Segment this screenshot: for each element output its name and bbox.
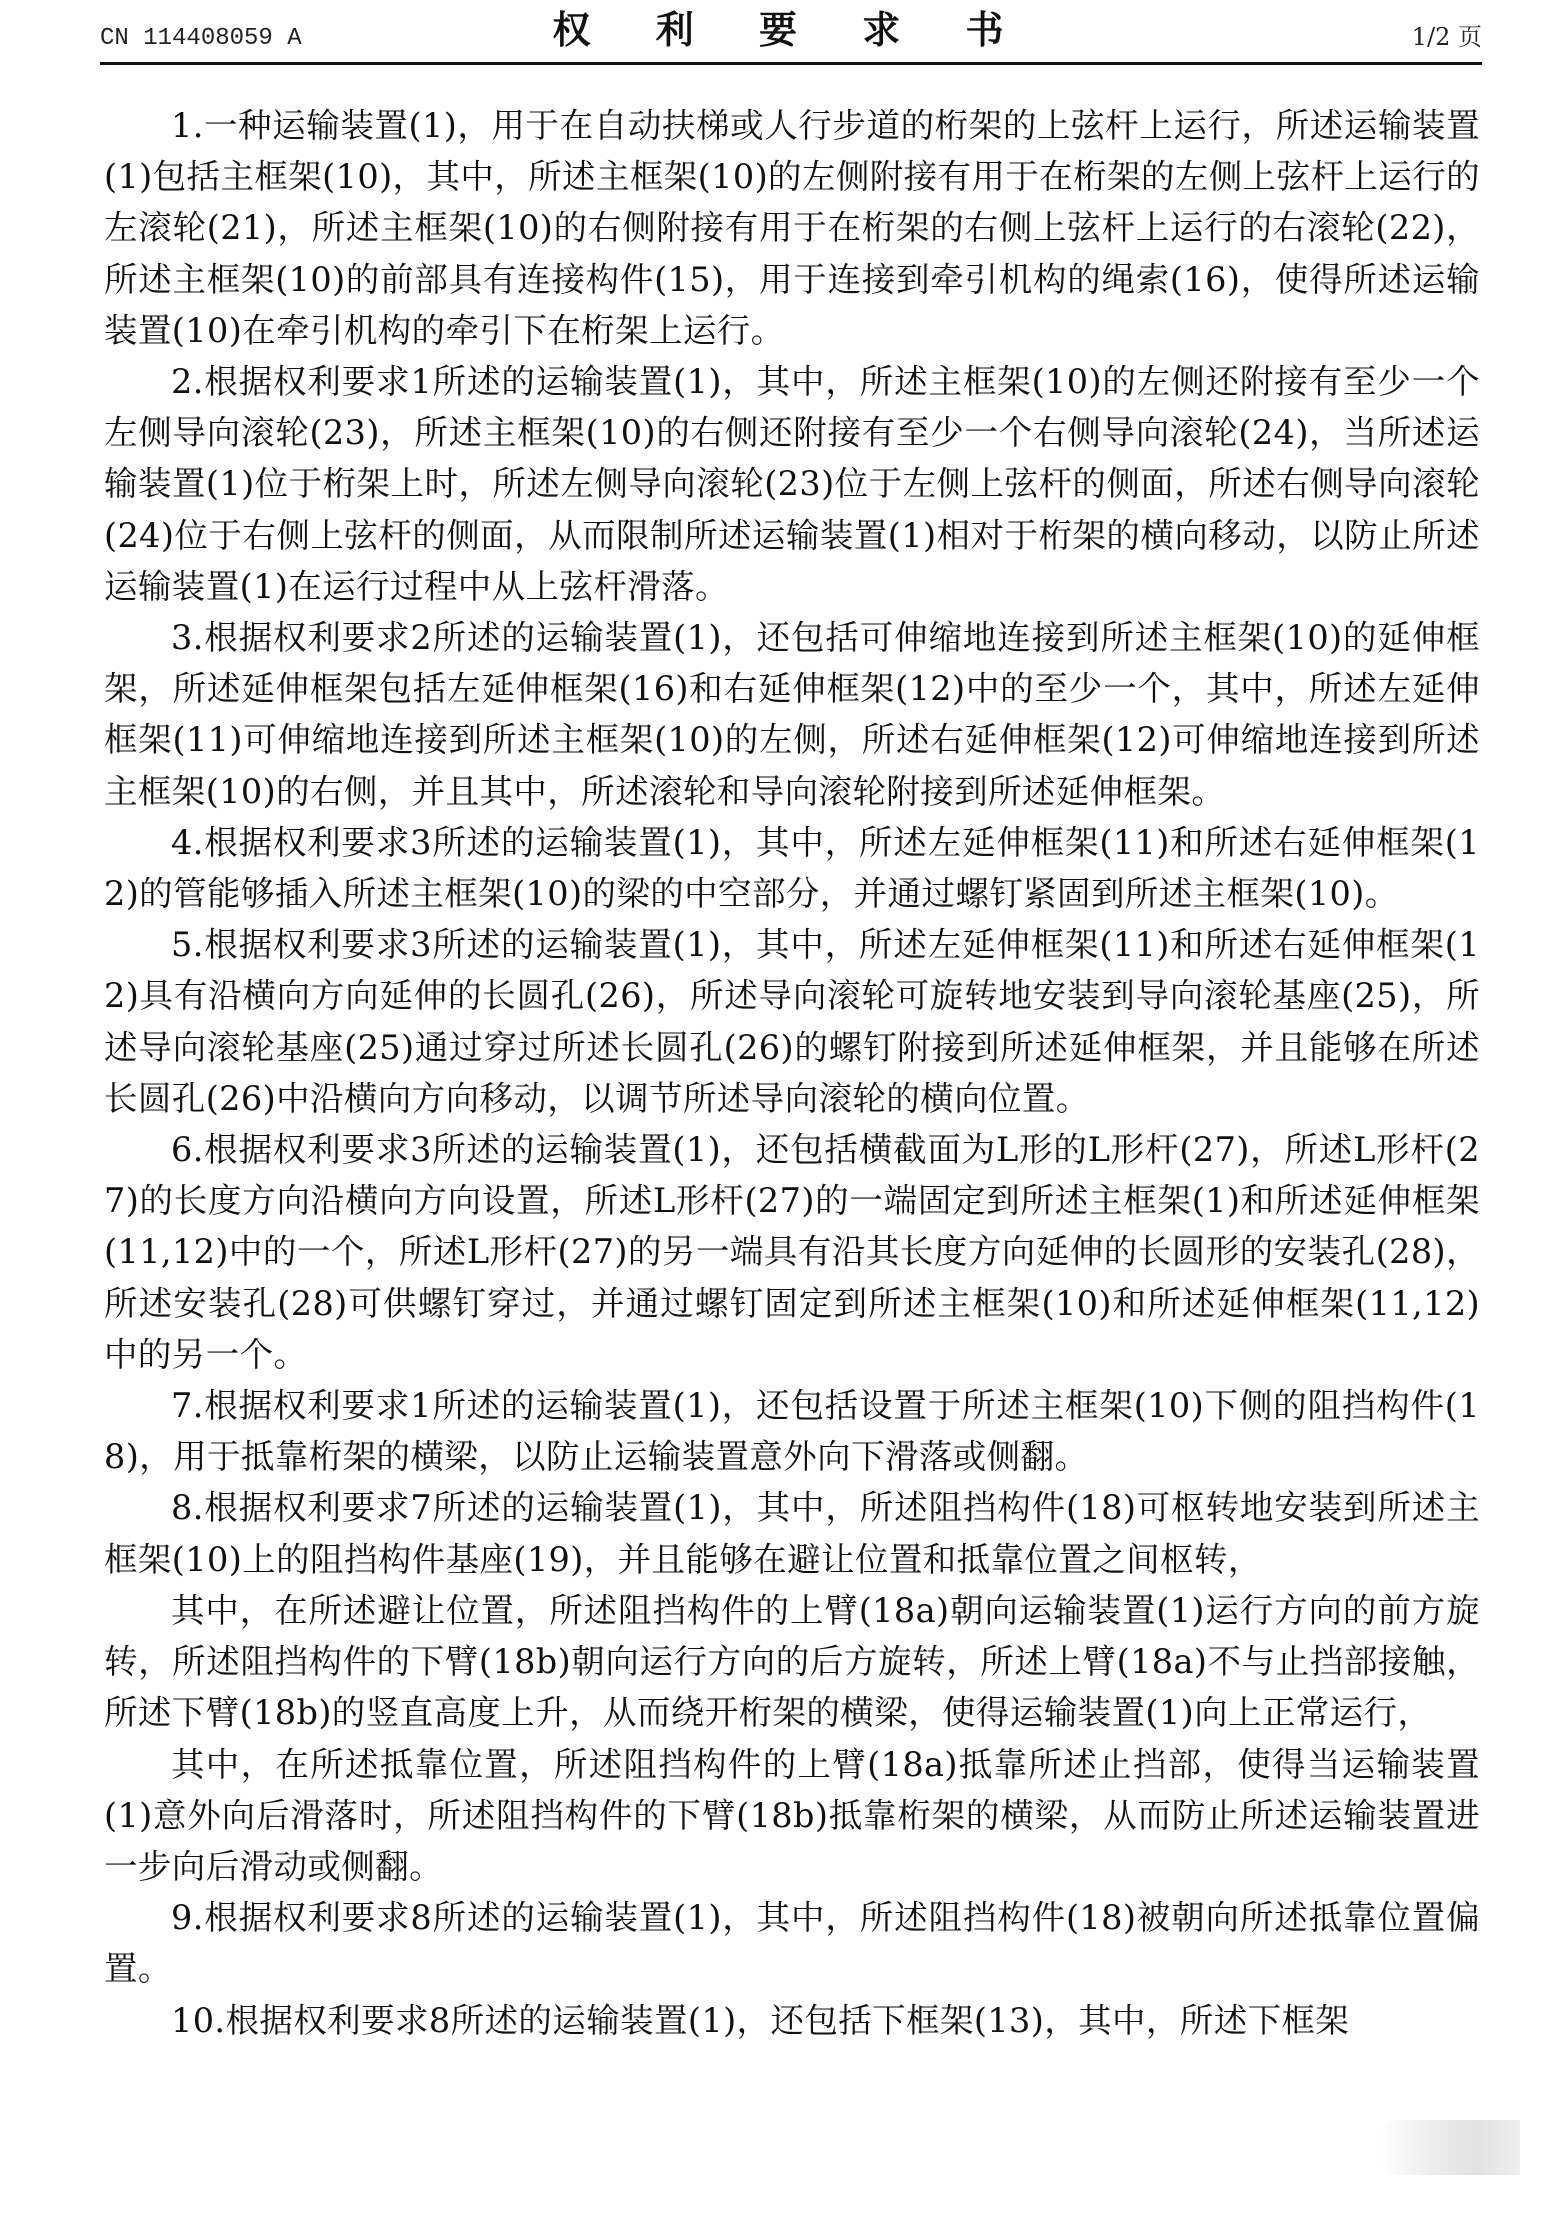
page-header: CN 114408059 A 权 利 要 求 书 1/2 页 bbox=[100, 0, 1482, 65]
claims-body: 1.一种运输装置(1)，用于在自动扶梯或人行步道的桁架的上弦杆上运行，所述运输装… bbox=[104, 100, 1480, 2046]
claim-5: 5.根据权利要求3所述的运输装置(1)，其中，所述左延伸框架(11)和所述右延伸… bbox=[104, 919, 1480, 1124]
page-number: 1/2 页 bbox=[1412, 17, 1482, 52]
claim-10: 10.根据权利要求8所述的运输装置(1)，还包括下框架(13)，其中，所述下框架 bbox=[104, 1995, 1480, 2046]
blurred-watermark bbox=[1380, 2120, 1520, 2175]
claim-8-avoid-position: 其中，在所述避让位置，所述阻挡构件的上臂(18a)朝向运输装置(1)运行方向的前… bbox=[104, 1585, 1480, 1739]
claim-8: 8.根据权利要求7所述的运输装置(1)，其中，所述阻挡构件(18)可枢转地安装到… bbox=[104, 1482, 1480, 1584]
claim-8-abut-position: 其中，在所述抵靠位置，所述阻挡构件的上臂(18a)抵靠所述止挡部，使得当运输装置… bbox=[104, 1739, 1480, 1893]
claim-3: 3.根据权利要求2所述的运输装置(1)，还包括可伸缩地连接到所述主框架(10)的… bbox=[104, 612, 1480, 817]
claim-4: 4.根据权利要求3所述的运输装置(1)，其中，所述左延伸框架(11)和所述右延伸… bbox=[104, 817, 1480, 919]
claim-2: 2.根据权利要求1所述的运输装置(1)，其中，所述主框架(10)的左侧还附接有至… bbox=[104, 356, 1480, 612]
claim-9: 9.根据权利要求8所述的运输装置(1)，其中，所述阻挡构件(18)被朝向所述抵靠… bbox=[104, 1892, 1480, 1994]
claim-7: 7.根据权利要求1所述的运输装置(1)，还包括设置于所述主框架(10)下侧的阻挡… bbox=[104, 1380, 1480, 1482]
claim-1: 1.一种运输装置(1)，用于在自动扶梯或人行步道的桁架的上弦杆上运行，所述运输装… bbox=[104, 100, 1480, 356]
claim-6: 6.根据权利要求3所述的运输装置(1)，还包括横截面为L形的L形杆(27)，所述… bbox=[104, 1124, 1480, 1380]
document-title: 权 利 要 求 书 bbox=[100, 0, 1482, 54]
